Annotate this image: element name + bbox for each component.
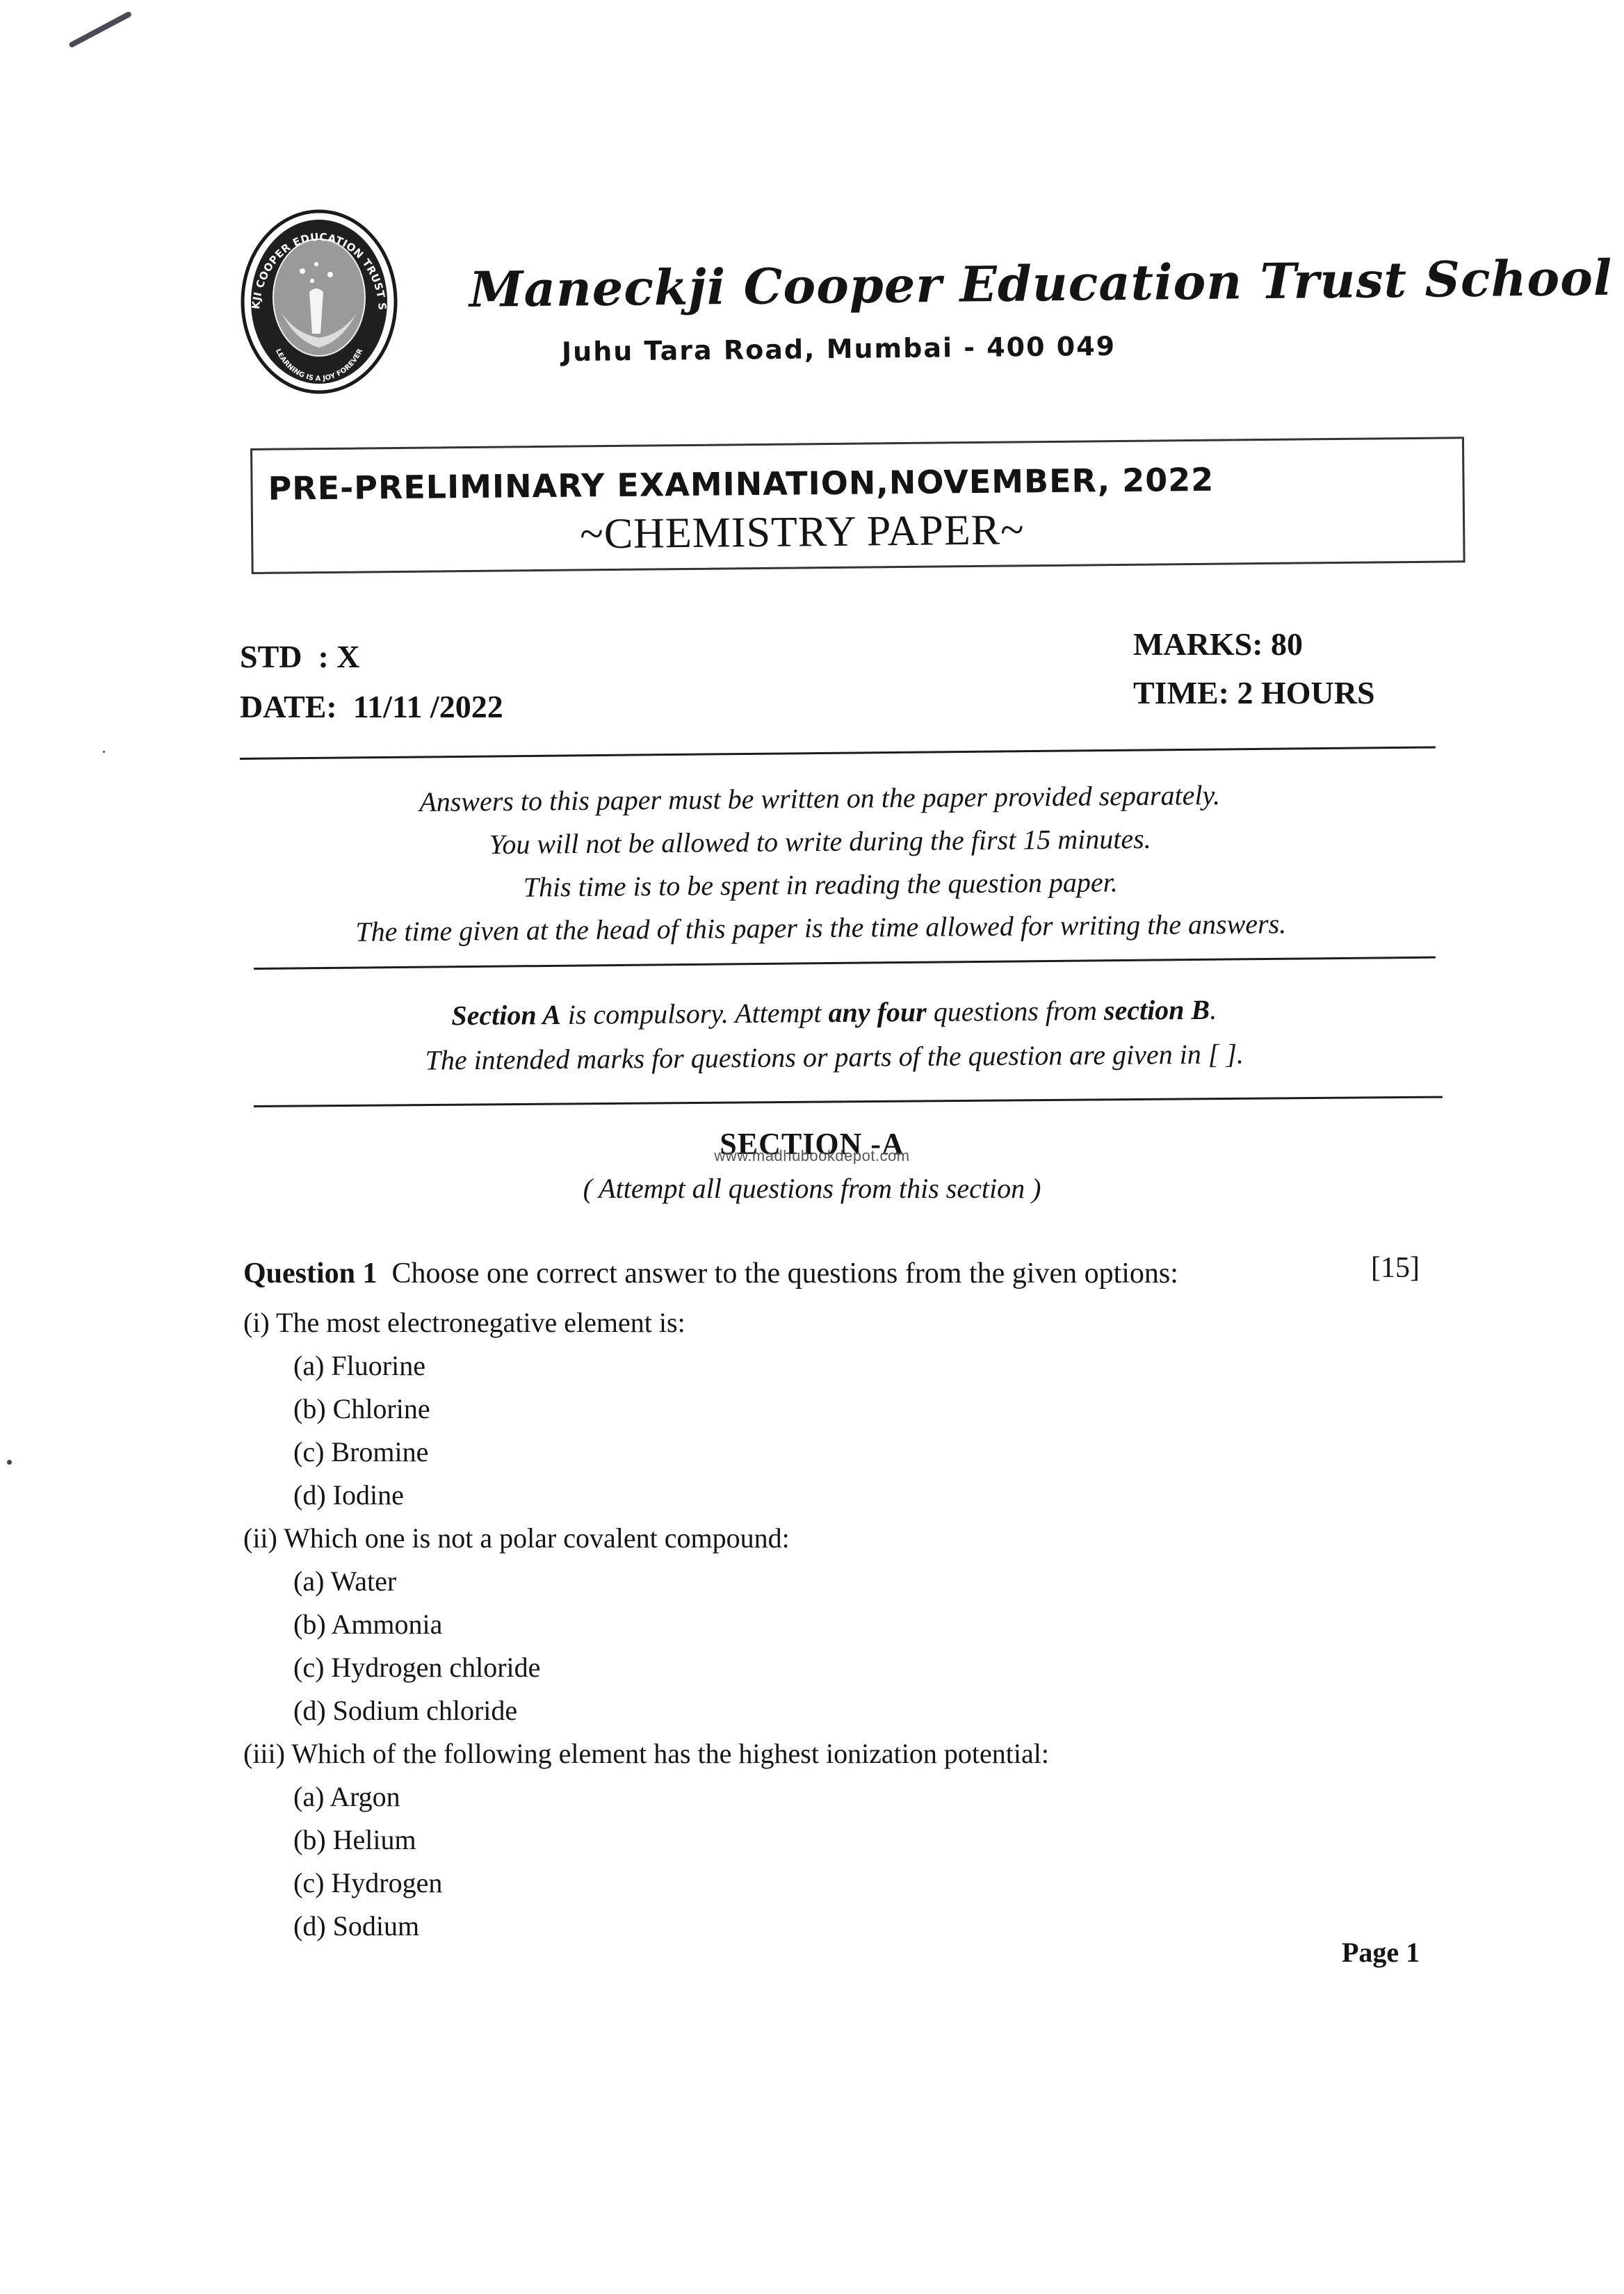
school-address: Juhu Tara Road, Mumbai - 400 049 xyxy=(562,331,1116,367)
divider xyxy=(254,957,1436,970)
notes-line-2: The intended marks for questions or part… xyxy=(292,1031,1377,1084)
sub-question: (ii) Which one is not a polar covalent c… xyxy=(243,1517,1049,1560)
date-label: DATE: 11/11 /2022 xyxy=(240,688,503,725)
marks-label: MARKS: 80 xyxy=(1133,626,1303,662)
divider xyxy=(240,746,1436,760)
option: (c) Hydrogen chloride xyxy=(243,1646,1049,1689)
watermark: www.madhubookdepot.com xyxy=(0,1147,1624,1165)
school-logo-icon: MANECKJI COOPER EDUCATION TRUST SCHOOL L… xyxy=(240,209,398,395)
scan-speck xyxy=(103,751,105,753)
pen-mark xyxy=(68,11,132,49)
option: (b) Ammonia xyxy=(243,1603,1049,1646)
option: (b) Chlorine xyxy=(243,1388,1049,1431)
question-label: Question 1 xyxy=(243,1258,377,1290)
sub-question: (iii) Which of the following element has… xyxy=(243,1732,1049,1775)
scan-speck xyxy=(7,1460,12,1465)
option: (d) Sodium chloride xyxy=(243,1689,1049,1732)
option: (a) Argon xyxy=(243,1775,1049,1819)
question-marks: [15] xyxy=(1371,1251,1420,1285)
option: (a) Fluorine xyxy=(243,1344,1049,1388)
question-1-heading: Question 1 Choose one correct answer to … xyxy=(243,1257,1178,1290)
exam-title-box: PRE-PRELIMINARY EXAMINATION,NOVEMBER, 20… xyxy=(250,437,1465,574)
option: (c) Hydrogen xyxy=(243,1862,1049,1905)
exam-title: PRE-PRELIMINARY EXAMINATION,NOVEMBER, 20… xyxy=(268,461,1214,507)
notes-line-1: Section A is compulsory. Attempt any fou… xyxy=(292,986,1377,1039)
exam-subject: ~CHEMISTRY PAPER~ xyxy=(580,505,1025,559)
option: (c) Bromine xyxy=(243,1431,1049,1474)
instruction-line: The time given at the head of this paper… xyxy=(265,902,1377,954)
sub-question: (i) The most electronegative element is: xyxy=(243,1301,1049,1344)
option: (a) Water xyxy=(243,1560,1049,1603)
option: (d) Sodium xyxy=(243,1905,1049,1948)
school-name: Maneckji Cooper Education Trust School xyxy=(469,249,1613,318)
time-label: TIME: 2 HOURS xyxy=(1133,674,1375,711)
section-notes: Section A is compulsory. Attempt any fou… xyxy=(292,986,1377,1084)
page-number: Page 1 xyxy=(1342,1936,1420,1969)
instructions: Answers to this paper must be written on… xyxy=(263,772,1377,954)
question-prompt: Choose one correct answer to the questio… xyxy=(392,1258,1178,1290)
question-1-body: (i) The most electronegative element is:… xyxy=(243,1301,1049,1948)
option: (d) Iodine xyxy=(243,1474,1049,1517)
divider xyxy=(254,1096,1443,1107)
section-subtitle: ( Attempt all questions from this sectio… xyxy=(0,1172,1624,1205)
option: (b) Helium xyxy=(243,1819,1049,1862)
std-label: STD : X xyxy=(240,638,360,675)
